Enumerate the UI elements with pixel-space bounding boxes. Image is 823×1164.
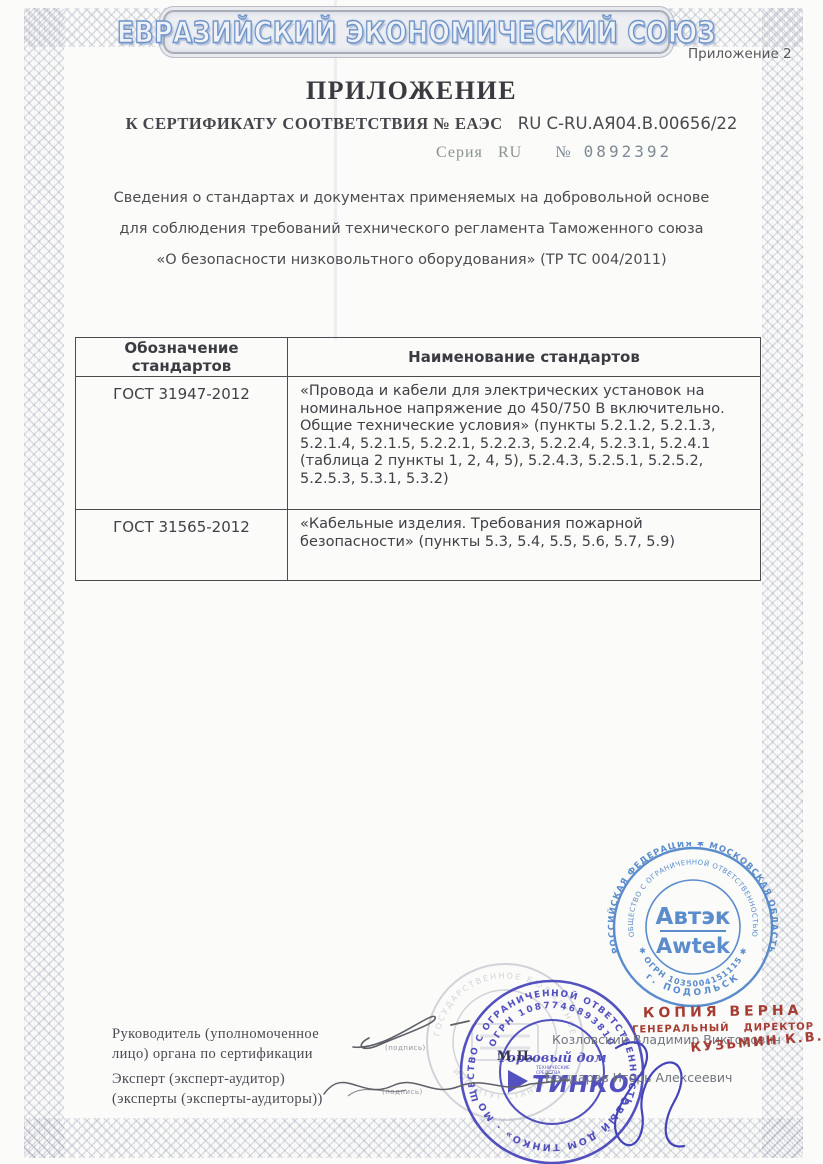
table-row: ГОСТ 31565-2012 «Кабельные изделия. Треб… <box>76 510 761 581</box>
form-number-label: № <box>555 144 570 161</box>
director-signature <box>572 1030 712 1164</box>
certificate-reference-line: К СЕРТИФИКАТУ СООТВЕТСТВИЯ № ЕАЭС RU C-R… <box>20 114 823 134</box>
annex-number-label: Приложение 2 <box>688 46 792 62</box>
eaeu-header-banner: ЕВРАЗИЙСКИЙ ЭКОНОМИЧЕСКИЙ СОЮЗ <box>163 10 670 54</box>
page-title: ПРИЛОЖЕНИЕ <box>0 76 823 106</box>
intro-line-2: для соблюдения требований технического р… <box>0 214 823 245</box>
table-header-name: Наименование стандартов <box>288 338 761 377</box>
intro-line-1: Сведения о стандартах и документах приме… <box>0 183 823 214</box>
certificate-reference-label: К СЕРТИФИКАТУ СООТВЕТСТВИЯ № ЕАЭС <box>126 114 503 133</box>
role-expert-line-2: (эксперты (эксперты-аудиторы)) <box>112 1089 323 1109</box>
form-number-value: 0892392 <box>584 142 672 161</box>
table-row: ГОСТ 31947-2012 «Провода и кабели для эл… <box>76 377 761 510</box>
intro-paragraph: Сведения о стандартах и документах приме… <box>0 183 823 276</box>
standard-designation: ГОСТ 31565-2012 <box>76 510 288 581</box>
certificate-number: RU C-RU.АЯ04.В.00656/22 <box>518 114 738 133</box>
standard-name: «Кабельные изделия. Требования пожарной … <box>288 510 761 581</box>
awtek-company-stamp: РОССИЙСКАЯ ФЕДЕРАЦИЯ ✱ МОСКОВСКАЯ ОБЛАСТ… <box>602 842 784 1008</box>
intro-line-3: «О безопасности низковольтного оборудова… <box>0 245 823 276</box>
series-value: RU <box>498 144 522 161</box>
role-expert-line-1: Эксперт (эксперт-аудитор) <box>112 1069 323 1089</box>
guilloche-border-left <box>24 8 64 1158</box>
copy-verified-title: КОПИЯ ВЕРНА <box>632 1002 814 1021</box>
awtek-center-lat: Awtek <box>656 934 731 958</box>
role-head-line-2: лицо) органа по сертификации <box>112 1044 319 1064</box>
stamp-place-label: М.П. <box>497 1048 534 1065</box>
standard-name: «Провода и кабели для электрических уста… <box>288 377 761 510</box>
blank-series-line: Серия RU № 0892392 <box>436 142 672 162</box>
certificate-annex-page: ЕВРАЗИЙСКИЙ ЭКОНОМИЧЕСКИЙ СОЮЗ Приложени… <box>0 0 823 1164</box>
table-header-designation: Обозначение стандартов <box>76 338 288 377</box>
series-label: Серия <box>436 144 483 161</box>
standards-table: Обозначение стандартов Наименование стан… <box>75 337 761 581</box>
role-certification-head: Руководитель (уполномоченное лицо) орган… <box>112 1024 319 1064</box>
role-expert: Эксперт (эксперт-аудитор) (эксперты (экс… <box>112 1069 323 1109</box>
standard-designation: ГОСТ 31947-2012 <box>76 377 288 510</box>
eaeu-banner-title: ЕВРАЗИЙСКИЙ ЭКОНОМИЧЕСКИЙ СОЮЗ <box>117 15 716 49</box>
awtek-center-ru: Автэк <box>656 904 731 930</box>
role-head-line-1: Руководитель (уполномоченное <box>112 1024 319 1044</box>
table-header-row: Обозначение стандартов Наименование стан… <box>76 338 761 377</box>
